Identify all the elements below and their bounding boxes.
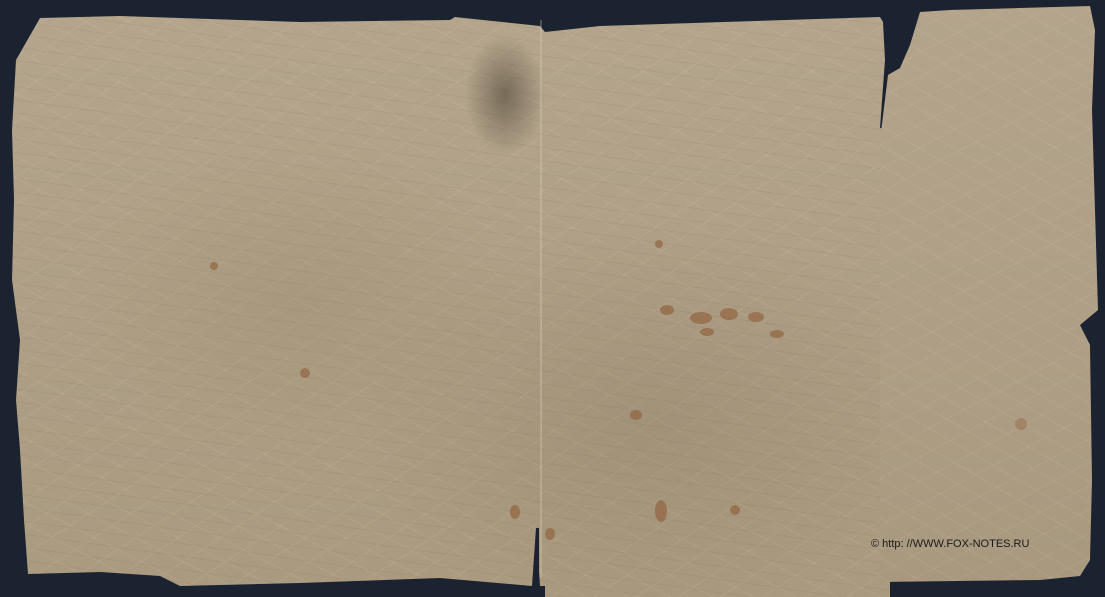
banknote-right-fragment bbox=[880, 0, 1105, 597]
copyright-watermark: © http: //WWW.FOX-NOTES.RU bbox=[871, 538, 1029, 550]
bottom-tear bbox=[536, 528, 539, 588]
rust-stain bbox=[690, 312, 712, 324]
rust-stain bbox=[545, 528, 555, 540]
rust-stain bbox=[720, 308, 738, 320]
rust-stain bbox=[748, 312, 764, 322]
banknote-main-fragment bbox=[0, 0, 890, 597]
rust-stain bbox=[770, 330, 784, 338]
rust-stain bbox=[210, 262, 218, 270]
rust-stain bbox=[1015, 418, 1027, 430]
rust-stain bbox=[730, 505, 740, 515]
rust-stain bbox=[510, 505, 520, 519]
rust-stain bbox=[700, 328, 714, 336]
center-fold-line bbox=[540, 20, 542, 577]
rust-stain bbox=[660, 305, 674, 315]
rust-stain bbox=[655, 500, 667, 522]
rust-stain bbox=[630, 410, 642, 420]
photo-scene: © http: //WWW.FOX-NOTES.RU bbox=[0, 0, 1105, 597]
rust-stain bbox=[655, 240, 663, 248]
rust-stain bbox=[300, 368, 310, 378]
